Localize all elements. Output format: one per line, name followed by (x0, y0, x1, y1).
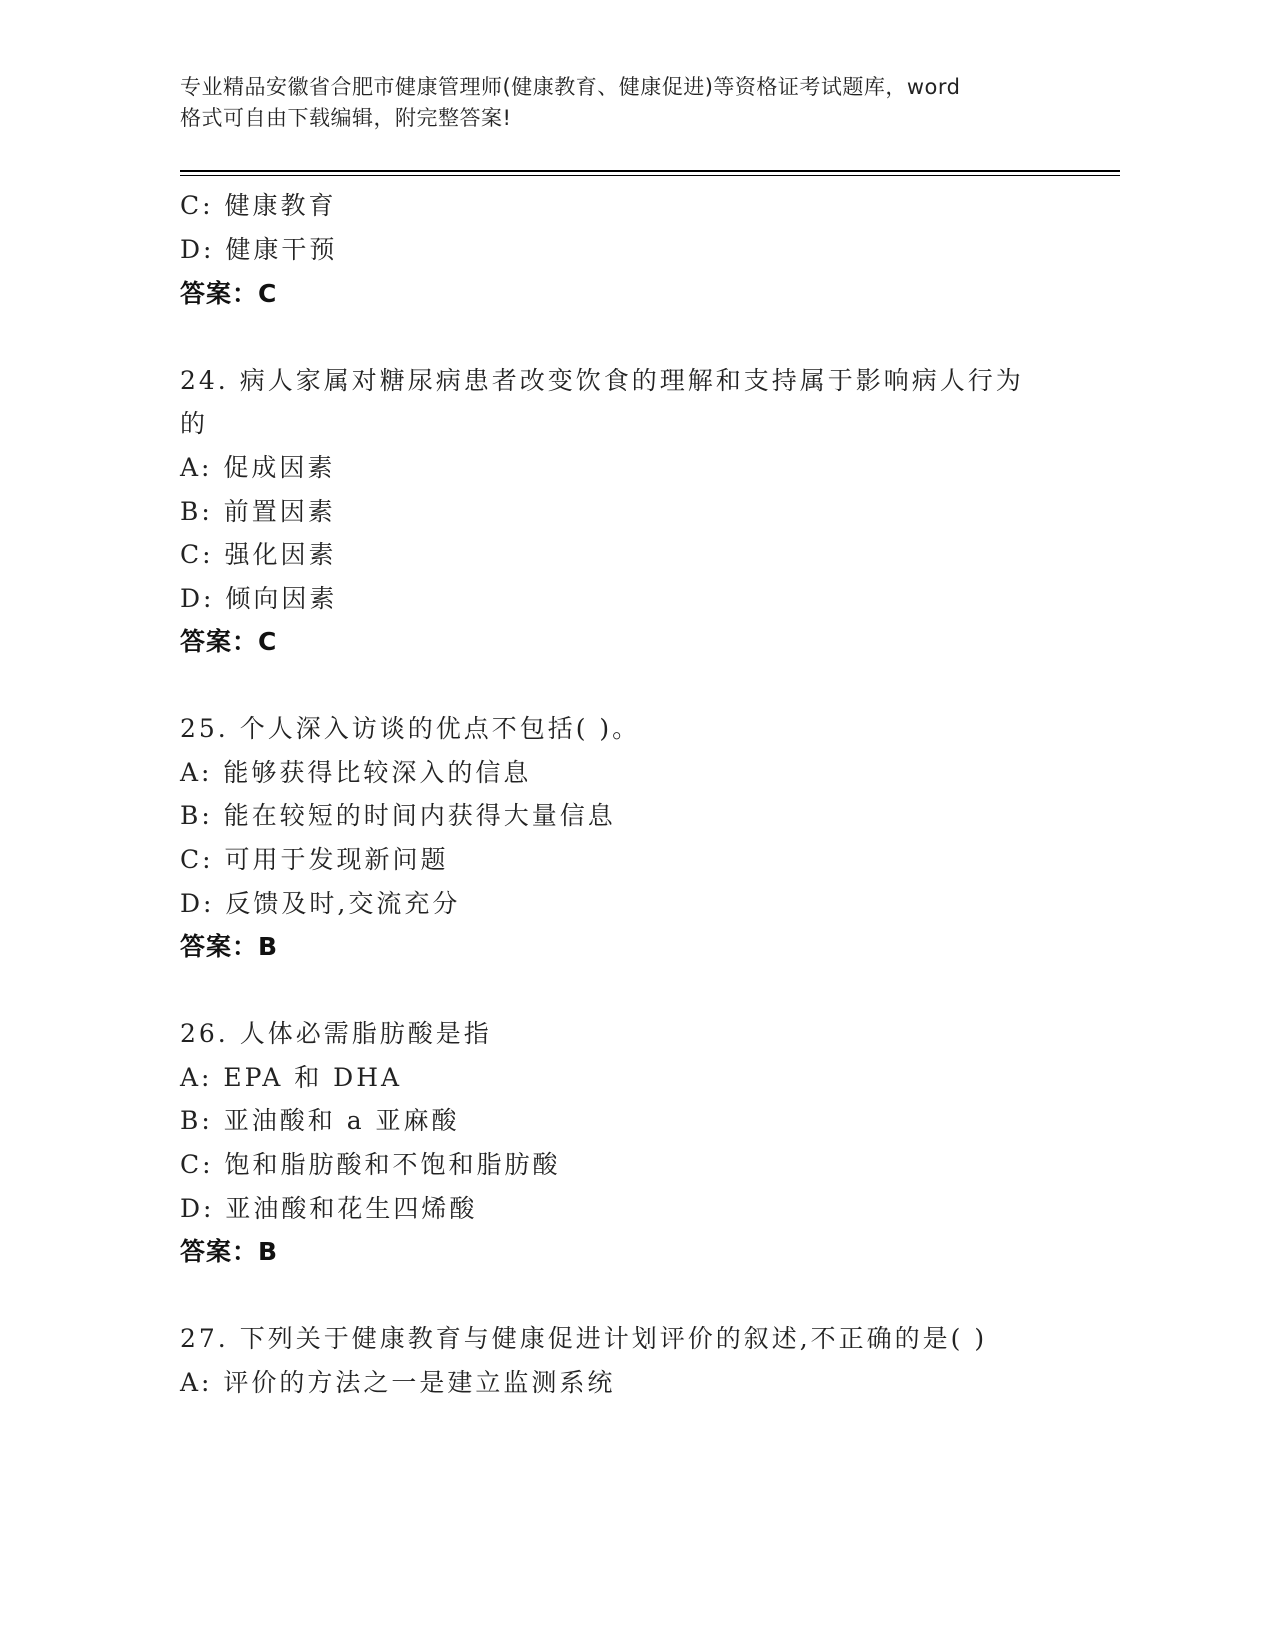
option-d: D: 倾向因素 (180, 579, 337, 615)
option-d: D: 健康干预 (180, 230, 337, 266)
option-a: A: EPA 和 DHA (180, 1058, 402, 1094)
question-stem: 27. 下列关于健康教育与健康促进计划评价的叙述,不正确的是( ) (180, 1319, 987, 1355)
option-c: C: 强化因素 (180, 535, 337, 571)
option-b: B: 亚油酸和 a 亚麻酸 (180, 1101, 460, 1137)
page-header: 专业精品安徽省合肥市健康管理师(健康教育、健康促进)等资格证考试题库，word … (180, 72, 1080, 134)
question-stem: 26. 人体必需脂肪酸是指 (180, 1014, 492, 1050)
option-b: B: 前置因素 (180, 492, 336, 528)
answer: 答案：B (180, 927, 278, 963)
option-b: B: 能在较短的时间内获得大量信息 (180, 796, 616, 832)
header-line-2: 格式可自由下载编辑，附完整答案! (180, 103, 1080, 134)
question-stem-cont: 的 (180, 404, 208, 440)
option-c: C: 饱和脂肪酸和不饱和脂肪酸 (180, 1145, 561, 1181)
answer: 答案：C (180, 622, 277, 658)
question-stem: 24. 病人家属对糖尿病患者改变饮食的理解和支持属于影响病人行为 (180, 361, 1024, 397)
header-divider-thin (180, 175, 1120, 176)
header-divider-thick (180, 170, 1120, 172)
header-line-1: 专业精品安徽省合肥市健康管理师(健康教育、健康促进)等资格证考试题库，word (180, 72, 1080, 103)
option-c: C: 可用于发现新问题 (180, 840, 449, 876)
option-d: D: 亚油酸和花生四烯酸 (180, 1189, 477, 1225)
question-stem: 25. 个人深入访谈的优点不包括( )。 (180, 709, 640, 745)
option-d: D: 反馈及时,交流充分 (180, 884, 460, 920)
answer: 答案：C (180, 274, 277, 310)
option-a: A: 评价的方法之一是建立监测系统 (180, 1363, 615, 1399)
option-a: A: 促成因素 (180, 448, 335, 484)
option-c: C: 健康教育 (180, 186, 337, 222)
document-page: 专业精品安徽省合肥市健康管理师(健康教育、健康促进)等资格证考试题库，word … (0, 0, 1275, 1650)
answer: 答案：B (180, 1232, 278, 1268)
option-a: A: 能够获得比较深入的信息 (180, 753, 531, 789)
